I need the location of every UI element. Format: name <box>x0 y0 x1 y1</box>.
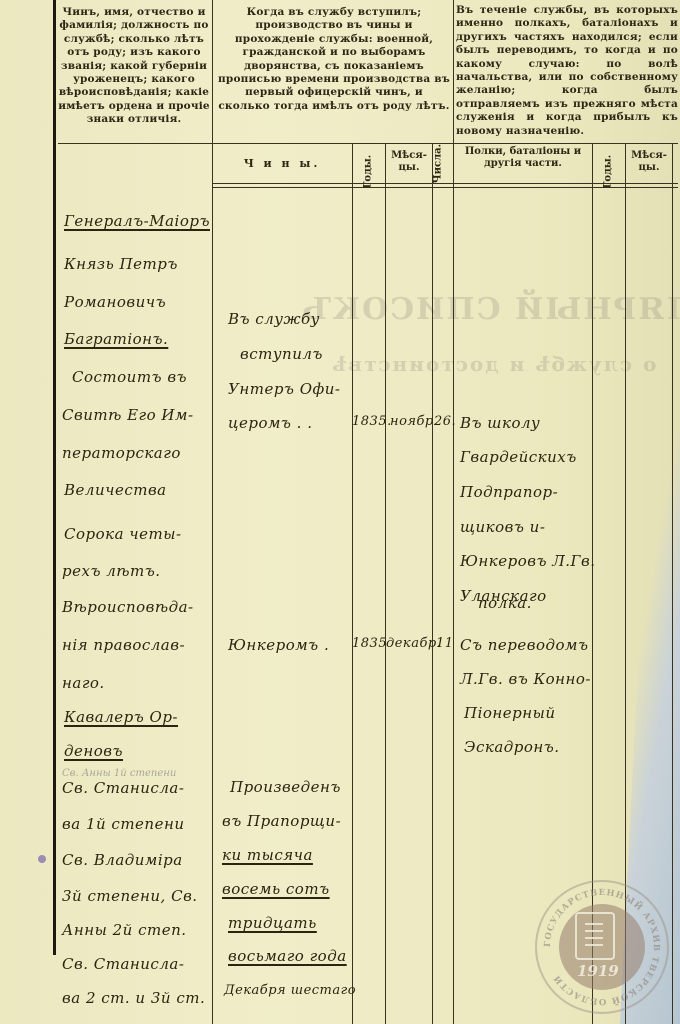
unit-entry-3: Подпрапор- <box>460 483 558 501</box>
entry-order-2: ва 1й степени <box>62 815 185 833</box>
stamp-year: 1919 <box>577 962 619 980</box>
unit-entry-2: Гвардейскихъ <box>460 448 577 466</box>
col-divider-2 <box>453 0 454 1024</box>
subheader-years2: Годы. <box>603 139 614 189</box>
entry-rank: Генералъ-Маіоръ <box>64 212 210 230</box>
entry-religion-1: Вѣроисповѣда- <box>62 598 194 616</box>
entry-position-1: Состоитъ въ <box>72 368 187 386</box>
entry-religion-2: нія православ- <box>62 636 185 654</box>
unit-entry-9: Л.Гв. въ Конно- <box>460 670 591 688</box>
left-border-line <box>53 0 56 955</box>
archive-stamp: ГОСУДАРСТВЕННЫЙ АРХИВ ТВЕРСКОЙ ОБЛАСТИ 1… <box>535 880 669 1014</box>
entry-position-3: ператорскаго <box>62 444 181 462</box>
service-entry-1: Въ службу <box>228 310 320 328</box>
col-divider-days2 <box>672 143 673 1024</box>
promotion-4: восемь сотъ <box>222 880 330 898</box>
entry-name-2: Романовичъ <box>64 293 166 311</box>
entry-name-1: Князь Петръ <box>64 255 178 273</box>
subheader-months: Мѣся-цы. <box>386 150 432 174</box>
subheader-days: Числа. <box>433 144 444 184</box>
entry-orders-2: деновъ <box>64 742 123 760</box>
promotion-7: Декабря шестаго <box>224 983 356 998</box>
entry-surname: Багратіонъ. <box>64 330 168 348</box>
promotion-1: Произведенъ <box>230 778 341 796</box>
entry-order-4: 3й степени, Св. <box>62 887 198 905</box>
entry-orders-1: Кавалеръ Ор- <box>64 708 178 726</box>
unit-entry-7: полка. <box>478 594 532 612</box>
subheader-units: Полки, баталіоны и другія части. <box>458 146 588 169</box>
header-col1: Чинъ, имя, отчество и фамилія; должность… <box>58 6 210 127</box>
service-entry-4: церомъ . . <box>228 414 312 432</box>
date-1-day: 26. <box>434 414 456 429</box>
header-col3: Въ теченіе службы, въ которыхъ именно по… <box>456 4 678 138</box>
bleed-through-title: ФОРМУЛЯРНЫЙ СПИСОКЪ <box>300 292 680 327</box>
date-2-day: 11 <box>436 636 454 651</box>
service-entry-2: вступилъ <box>240 345 323 363</box>
unit-entry-8: Съ переводомъ <box>460 636 589 654</box>
col-divider-days <box>432 143 433 1024</box>
unit-entry-5: Юнкеровъ Л.Гв. <box>460 552 595 570</box>
date-2-year: 1835 <box>352 636 387 651</box>
promotion-6: восьмаго года <box>228 947 347 965</box>
pencil-note: Св. Анны 1й степени <box>62 768 176 779</box>
entry-order-3: Св. Владиміра <box>62 851 183 869</box>
entry-order-6: Св. Станисла- <box>62 955 184 973</box>
entry-order-7: ва 2 ст. и 3й ст. <box>62 989 205 1007</box>
promotion-3: ки тысяча <box>222 846 313 864</box>
date-2-month: декабр. <box>386 636 441 651</box>
entry-position-2: Свитѣ Его Им- <box>62 406 194 424</box>
service-entry-5: Юнкеромъ . <box>228 636 329 654</box>
ink-spot <box>38 855 46 863</box>
service-entry-3: Унтеръ Офи- <box>228 380 340 398</box>
col-divider-1 <box>212 0 213 1024</box>
col-divider-years <box>352 143 353 1024</box>
entry-age-2: рехъ лѣтъ. <box>62 562 160 580</box>
subheader-years: Годы. <box>363 139 374 189</box>
promotion-2: въ Прапорщи- <box>222 812 341 830</box>
date-1-month: ноябр. <box>390 414 438 429</box>
col-divider-months <box>385 143 386 1024</box>
unit-entry-10: Піонерный <box>464 704 556 722</box>
scroll-icon <box>575 912 615 960</box>
unit-entry-1: Въ школу <box>460 414 540 432</box>
promotion-5: тридцать <box>228 914 317 932</box>
entry-order-1: Св. Станисла- <box>62 779 184 797</box>
entry-position-4: Величества <box>64 481 167 499</box>
date-1-year: 1835. <box>352 414 392 429</box>
entry-order-5: Анны 2й степ. <box>62 921 187 939</box>
bleed-through-subtitle: о службѣ и достоинствѣ <box>330 352 656 376</box>
subheader-ranks: Ч и н ы. <box>212 158 352 170</box>
entry-age-1: Сорока четы- <box>64 525 182 543</box>
subheader-months2: Мѣся-цы. <box>626 150 672 174</box>
entry-religion-3: наго. <box>62 674 105 692</box>
unit-entry-11: Эскадронъ. <box>464 738 560 756</box>
unit-entry-4: щиковъ и- <box>460 518 545 536</box>
header-col2: Когда въ службу вступилъ; производство в… <box>218 6 450 113</box>
